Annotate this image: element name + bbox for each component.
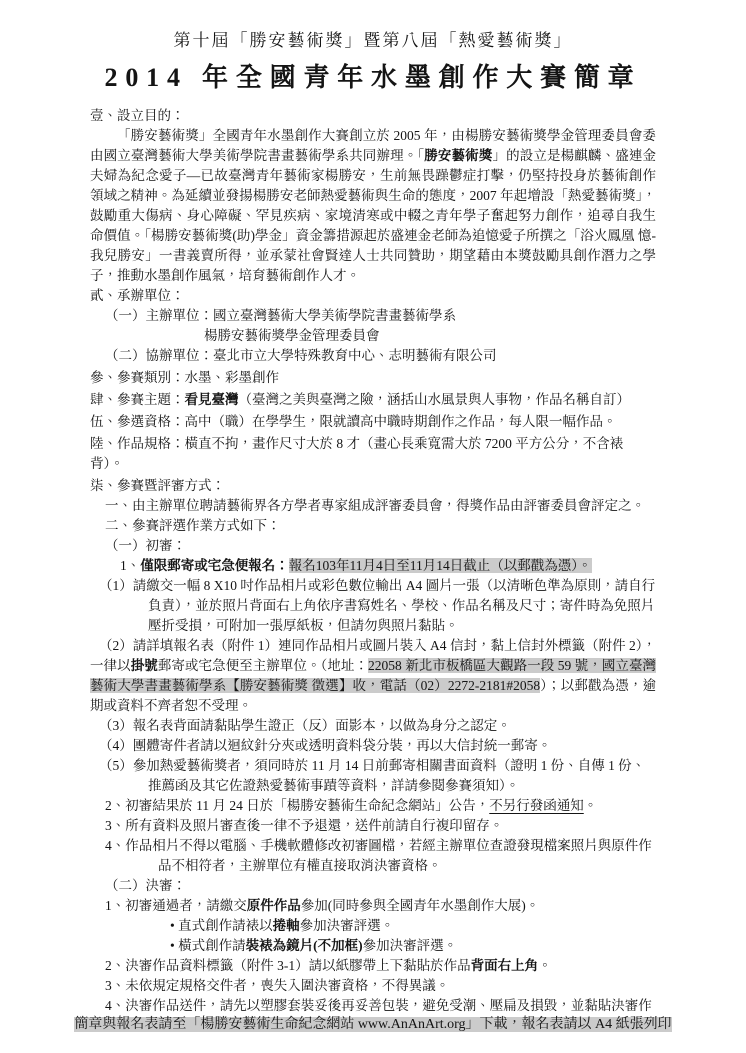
text-segment: 柒、參賽暨評審方式： [90,478,225,493]
text-segment: 郵寄或宅急便至主辦單位。（地址： [158,658,368,673]
bold-text: 勝安藝術獎 [424,148,492,163]
doc-line: 楊勝安藝術獎學金管理委員會 [90,326,656,346]
bold-text: 捲軸 [273,918,300,933]
text-segment: • 直式創作請裱以 [170,918,273,933]
text-segment: 楊勝安藝術獎學金管理委員會 [204,328,380,343]
doc-line: （二）決審： [90,876,656,896]
doc-line: 陸、作品規格：橫直不拘，畫作尺寸大於 8 才（畫心長乘寬需大於 7200 平方公… [90,434,656,474]
doc-line: 1、僅限郵寄或宅急便報名：報名103年11月4日至11月14日截止（以郵戳為憑）… [90,556,656,576]
text-segment: （4）團體寄件者請以迴紋針分夾或透明資料袋分裝，再以大信封統一郵寄。 [99,738,551,753]
doc-line: （二）協辦單位：臺北市立大學特殊教育中心、志明藝術有限公司 [90,346,656,366]
text-segment: 。 [538,958,552,973]
doc-line: （1）請繳交一幅 8 X10 吋作品相片或彩色數位輸出 A4 圖片一張（以清晰色… [90,576,656,636]
doc-line: 貳、承辦單位： [90,286,656,306]
text-segment: 參加(同時參與全國青年水墨創作大展)。 [301,898,540,913]
text-segment: 參、參賽類別：水墨、彩墨創作 [90,370,279,385]
text-segment: 參加決審評選。 [300,918,395,933]
bold-text: 背面右上角 [471,958,539,973]
page-title: 2014 年全國青年水墨創作大賽簡章 [90,57,656,94]
doc-line: 1、初審通過者，請繳交原件作品參加(同時參與全國青年水墨創作大展)。 [90,896,656,916]
text-segment: 1、 [120,558,140,573]
doc-line: 二、參賽評選作業方式如下： [90,516,656,536]
bold-text: 掛號 [131,658,158,673]
text-segment: （臺灣之美與臺灣之險，涵括山水風景與人事物，作品名稱自訂） [239,392,631,407]
text-segment: 2、決審作品資料標籤（附件 3-1）請以紙膠帶上下黏貼於作品 [105,958,471,973]
doc-line: 4、作品相片不得以電腦、手機軟體修改初審圖檔，若經主辦單位查證發現檔案照片與原件… [90,836,656,876]
doc-line: 2、初審結果於 11 月 24 日於「楊勝安藝術生命紀念網站」公告，不另行發函通… [90,796,656,816]
text-segment: 1、初審通過者，請繳交 [105,898,247,913]
text-segment: 」的設立是楊麒麟、盛連金夫婦為紀念愛子—已故臺灣青年藝術家楊勝安，生前無畏躁鬱症… [90,148,656,283]
text-segment: （一）主辦單位：國立臺灣藝術大學美術學院書畫藝術學系 [105,308,456,323]
text-segment: 2、初審結果於 11 月 24 日於「楊勝安藝術生命紀念網站」公告， [105,798,489,813]
document-subtitle: 第十屆「勝安藝術獎」暨第八屆「熱愛藝術獎」 [90,26,656,51]
text-segment: （5）參加熱愛藝術獎者，須同時於 11 月 14 日前郵寄相關書面資料（證明 1… [99,758,645,793]
doc-line: • 直式創作請裱以捲軸參加決審評選。 [90,916,656,936]
doc-line: 柒、參賽暨評審方式： [90,476,656,496]
footer-bar: 簡章與報名表請至「楊勝安藝術生命紀念網站 www.AnAnArt.org」下載，… [0,1014,746,1036]
doc-line: • 橫式創作請裝裱為鏡片(不加框)參加決審評選。 [90,936,656,956]
text-segment: 3、未依規定規格交件者，喪失入圍決審資格，不得異議。 [105,978,449,993]
bold-text: 僅限郵寄或宅急便報名： [140,558,289,573]
text-segment: （二）協辦單位：臺北市立大學特殊教育中心、志明藝術有限公司 [105,348,497,363]
doc-line: 肆、參賽主題：看見臺灣（臺灣之美與臺灣之險，涵括山水風景與人事物，作品名稱自訂） [90,390,656,410]
document-body: 壹、設立目的：「勝安藝術獎」全國青年水墨創作大賽創立於 2005 年，由楊勝安藝… [90,106,656,1036]
doc-line: 一、由主辦單位聘請藝術界各方學者專家組成評審委員會，得獎作品由評審委員會評定之。 [90,496,656,516]
text-segment: 4、作品相片不得以電腦、手機軟體修改初審圖檔，若經主辦單位查證發現檔案照片與原件… [105,838,652,873]
text-segment: 壹、設立目的： [90,108,185,123]
doc-line: 3、未依規定規格交件者，喪失入圍決審資格，不得異議。 [90,976,656,996]
bold-text: 看見臺灣 [185,392,239,407]
doc-line: （5）參加熱愛藝術獎者，須同時於 11 月 14 日前郵寄相關書面資料（證明 1… [90,756,656,796]
text-segment: 3、所有資料及照片審查後一律不予退還，送件前請自行複印留存。 [105,818,503,833]
text-segment: 貳、承辦單位： [90,288,185,303]
bold-text: 原件作品 [247,898,301,913]
text-segment: 肆、參賽主題： [90,392,185,407]
doc-line: 2、決審作品資料標籤（附件 3-1）請以紙膠帶上下黏貼於作品背面右上角。 [90,956,656,976]
text-segment: 陸、作品規格：橫直不拘，畫作尺寸大於 8 才（畫心長乘寬需大於 7200 平方公… [90,436,623,471]
text-segment: （1）請繳交一幅 8 X10 吋作品相片或彩色數位輸出 A4 圖片一張（以清晰色… [99,578,655,633]
doc-line: （一）初審： [90,536,656,556]
text-segment: 。 [584,798,598,813]
highlighted-text: 報名103年11月4日至11月14日截止（以郵戳為憑）。 [289,558,592,573]
doc-line: （一）主辦單位：國立臺灣藝術大學美術學院書畫藝術學系 [90,306,656,326]
text-segment: （二）決審： [105,878,186,893]
text-segment: （3）報名表背面請黏貼學生證正（反）面影本，以做為身分之認定。 [99,718,511,733]
text-segment: 二、參賽評選作業方式如下： [105,518,281,533]
text-segment: • 橫式創作請 [170,938,246,953]
doc-line: （3）報名表背面請黏貼學生證正（反）面影本，以做為身分之認定。 [90,716,656,736]
doc-line: 參、參賽類別：水墨、彩墨創作 [90,368,656,388]
text-segment: 參加決審評選。 [363,938,458,953]
bold-text: 裝裱為鏡片(不加框) [246,938,363,953]
doc-line: （2）請詳填報名表（附件 1）連同作品相片或圖片裝入 A4 信封，黏上信封外標籤… [90,636,656,716]
text-segment: 一、由主辦單位聘請藝術界各方學者專家組成評審委員會，得獎作品由評審委員會評定之。 [105,498,645,513]
doc-line: 壹、設立目的： [90,106,656,126]
text-segment: 伍、參選資格：高中（職）在學學生，限就讀高中職時期創作之作品，每人限一幅作品。 [90,414,617,429]
doc-line: （4）團體寄件者請以迴紋針分夾或透明資料袋分裝，再以大信封統一郵寄。 [90,736,656,756]
document-page: 第十屆「勝安藝術獎」暨第八屆「熱愛藝術獎」 2014 年全國青年水墨創作大賽簡章… [0,0,746,1053]
underlined-text: 不另行發函通知 [489,798,584,813]
doc-line: 3、所有資料及照片審查後一律不予退還，送件前請自行複印留存。 [90,816,656,836]
text-segment: （一）初審： [105,538,186,553]
doc-line: 「勝安藝術獎」全國青年水墨創作大賽創立於 2005 年，由楊勝安藝術獎學金管理委… [90,126,656,286]
footer-note: 簡章與報名表請至「楊勝安藝術生命紀念網站 www.AnAnArt.org」下載，… [74,1017,671,1032]
doc-line: 伍、參選資格：高中（職）在學學生，限就讀高中職時期創作之作品，每人限一幅作品。 [90,412,656,432]
